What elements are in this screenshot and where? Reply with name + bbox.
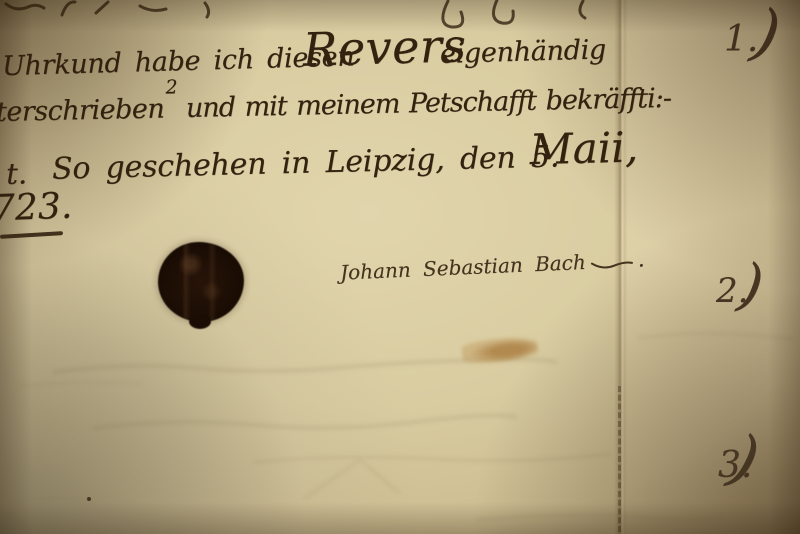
signature-name: Johann Sebastian Bach	[340, 252, 586, 283]
line3-word-maii: Maii,	[529, 126, 638, 171]
ink-stain	[461, 334, 539, 366]
line3-text: t.	[6, 159, 28, 189]
signature: Johann Sebastian Bach .	[340, 249, 645, 284]
margin-number-1-paren: )	[748, 0, 786, 68]
paper-speck	[87, 497, 91, 501]
signature-flourish	[590, 257, 634, 271]
margin-number-2-paren: )	[735, 254, 767, 315]
signature-period: .	[637, 249, 645, 271]
fold-crease-marks	[618, 386, 621, 532]
line2-text-end: und mit meinem Petschafft bekräffti:-	[186, 85, 672, 122]
year-1723: 723.	[0, 189, 73, 228]
wax-seal	[158, 242, 244, 322]
margin-number-1: 1. )	[724, 8, 800, 92]
manuscript-photo: Uhrkund habe ich diesen Revers eigenhänd…	[0, 0, 800, 534]
margin-number-2: 2. )	[716, 258, 786, 332]
year-underline	[0, 231, 63, 239]
line3-text-mid: So geschehen in Leipzig, den 5.	[52, 142, 560, 184]
margin-number-3: 3. )	[706, 432, 782, 516]
line2-insertion-mark: 2	[165, 78, 177, 97]
line1-text-end: eigenhändig	[440, 36, 607, 68]
line2-text: terschrieben	[0, 95, 165, 126]
